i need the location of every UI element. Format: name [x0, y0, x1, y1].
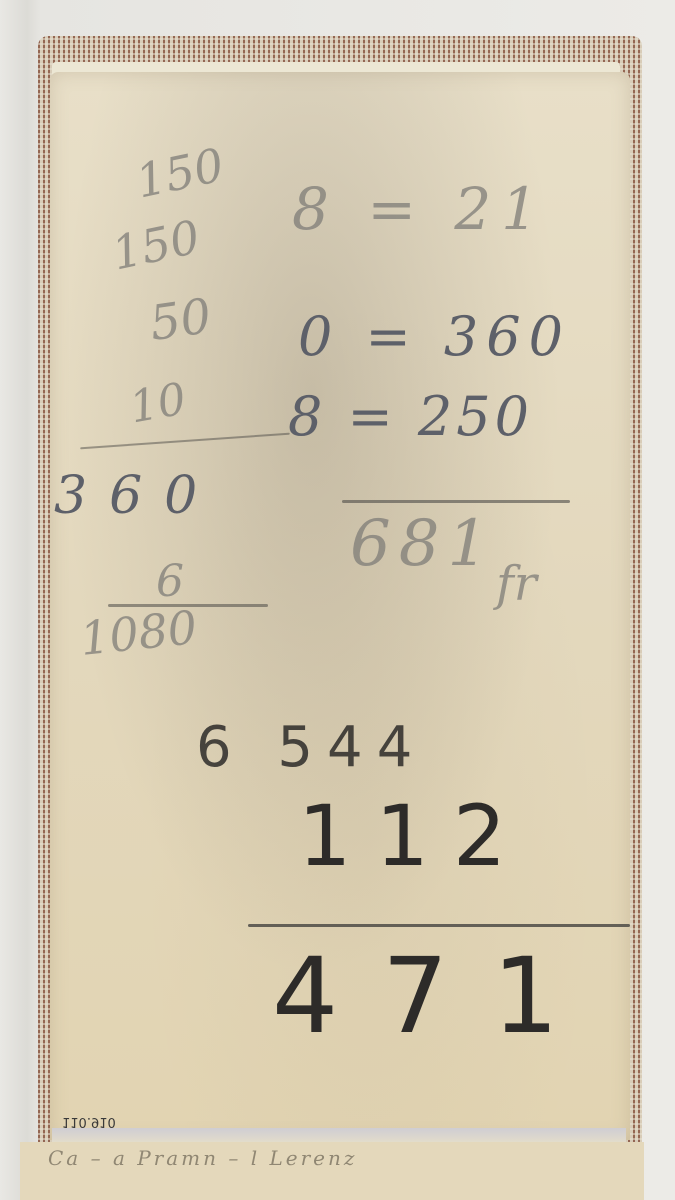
page-bottom-edge [52, 1128, 626, 1142]
result-line [248, 924, 630, 927]
handwritten-number: 681 [350, 512, 496, 576]
handwritten-equation: 8 = 250 [288, 390, 533, 444]
handwritten-equation: 8 = 21 [292, 180, 548, 238]
handwritten-minuend: 6 544 [196, 720, 426, 776]
handwritten-suffix: fr [496, 560, 537, 608]
next-page: Ca – a Pramn – l Lerenz [20, 1142, 644, 1200]
handwritten-subtrahend: 112 [298, 794, 530, 878]
handwritten-number: 50 [147, 292, 214, 348]
catalog-number: 110.910 [62, 1114, 116, 1129]
handwritten-equation: 0 = 360 [298, 310, 571, 364]
handwritten-number: 1080 [78, 604, 199, 662]
handwritten-number: 10 [127, 377, 190, 430]
sum-line-right [342, 500, 570, 503]
next-page-handwriting: Ca – a Pramn – l Lerenz [48, 1146, 608, 1170]
handwritten-result: 471 [272, 944, 603, 1048]
handwritten-numerator: 6 [156, 560, 184, 604]
handwritten-number: 360 [54, 470, 219, 522]
